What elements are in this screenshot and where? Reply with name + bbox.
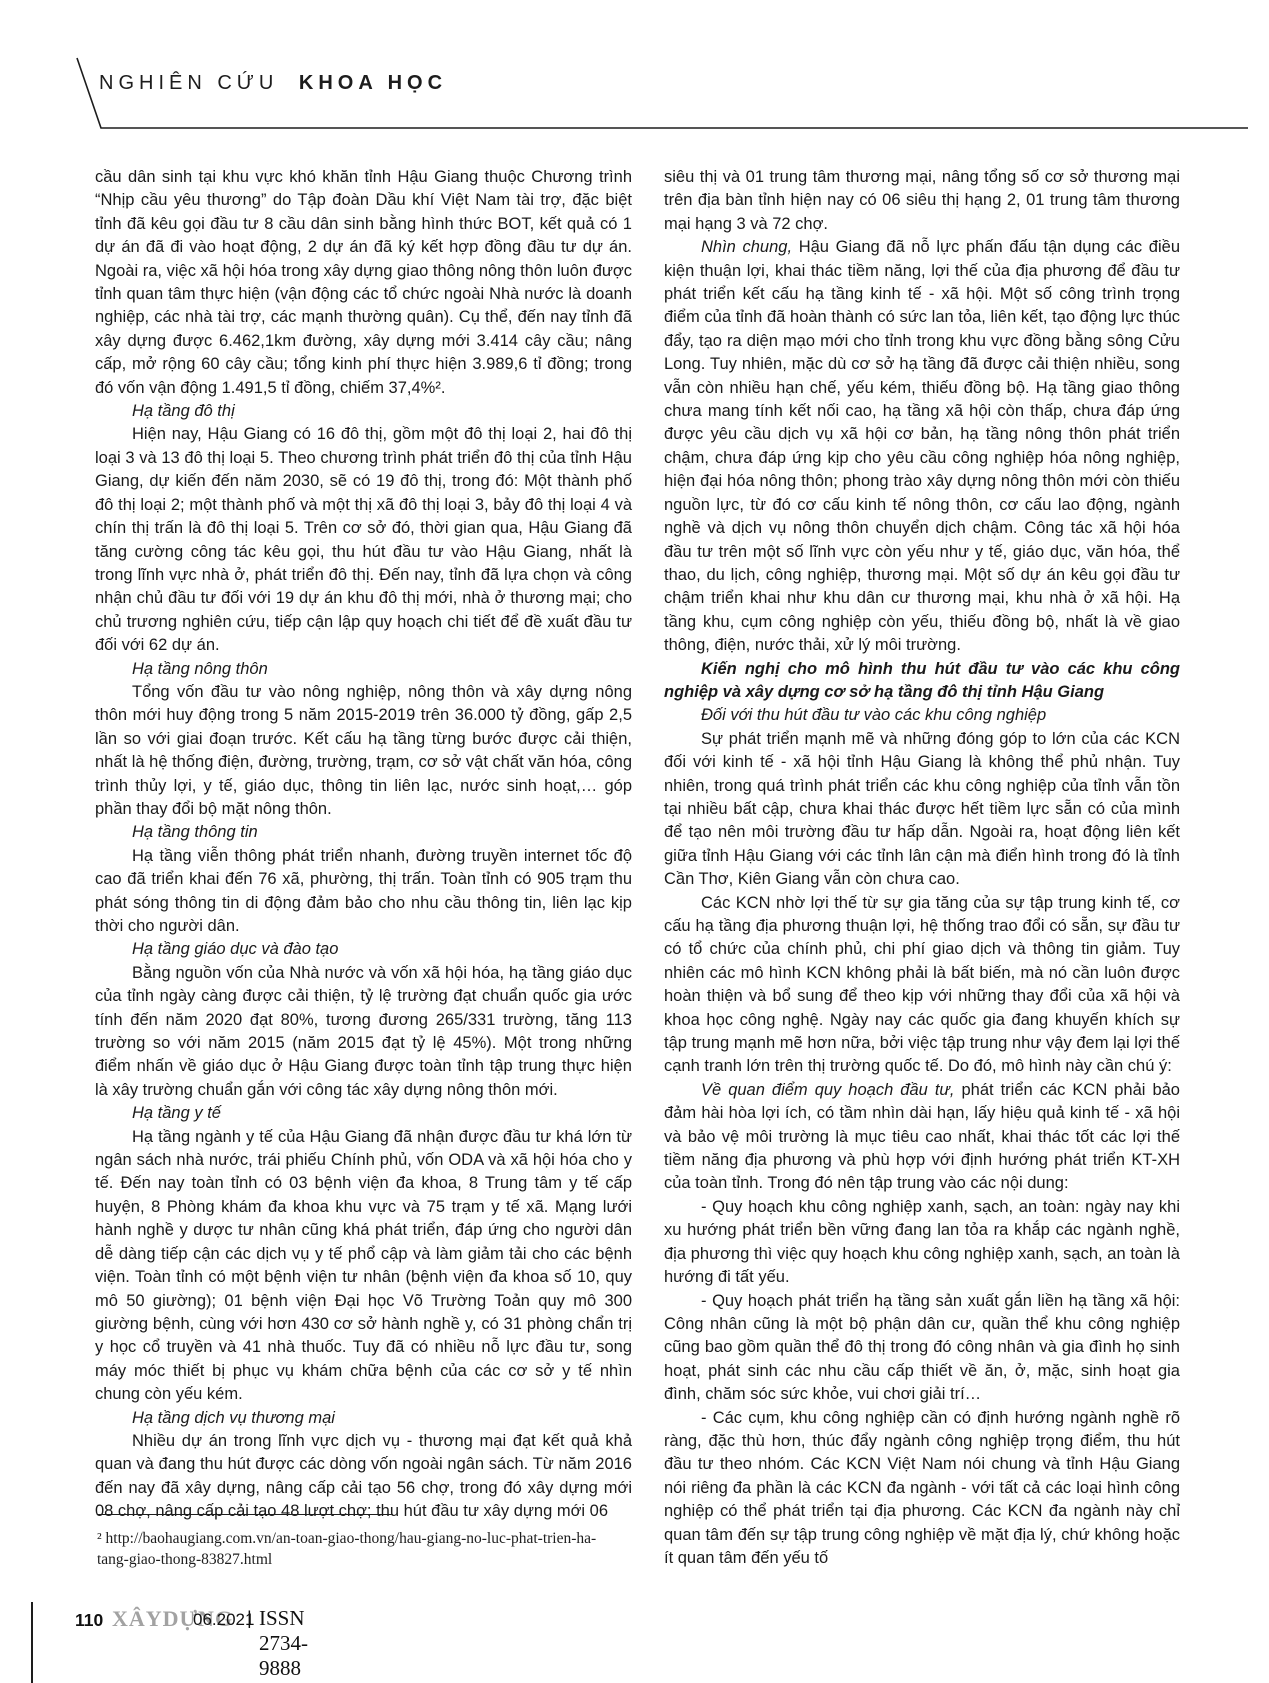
recommendations-heading: Kiến nghị cho mô hình thu hút đầu tư vào…: [664, 658, 1180, 705]
paragraph: Về quan điểm quy hoạch đầu tư, phát triể…: [664, 1079, 1180, 1196]
footer-pipe: |: [247, 1608, 252, 1629]
paragraph: Nhìn chung, Hậu Giang đã nỗ lực phấn đấu…: [664, 236, 1180, 657]
issn-number: ISSN 2734-9888: [259, 1606, 308, 1681]
section-subheading: Hạ tầng thông tin: [95, 821, 632, 844]
paragraph-lead-italic: Nhìn chung,: [701, 238, 799, 256]
paragraph: - Quy hoạch khu công nghiệp xanh, sạch, …: [664, 1196, 1180, 1290]
section-subheading: Hạ tầng nông thôn: [95, 658, 632, 681]
footnote-separator: [97, 1514, 393, 1515]
right-column: siêu thị và 01 trung tâm thương mại, nân…: [664, 166, 1180, 1570]
header-rule: [0, 0, 1269, 140]
paragraph: Sự phát triển mạnh mẽ và những đóng góp …: [664, 728, 1180, 892]
section-subheading: Hạ tầng y tế: [95, 1102, 632, 1125]
paragraph: - Quy hoạch phát triển hạ tầng sản xuất …: [664, 1290, 1180, 1407]
footer-divider-line: [31, 1602, 33, 1683]
section-subheading: Hạ tầng giáo dục và đào tạo: [95, 938, 632, 961]
journal-page: NGHIÊN CỨU KHOA HỌC cầu dân sinh tại khu…: [0, 0, 1269, 1683]
paragraph: siêu thị và 01 trung tâm thương mại, nân…: [664, 166, 1180, 236]
paragraph: Hiện nay, Hậu Giang có 16 đô thị, gồm mộ…: [95, 423, 632, 657]
paragraph: Hạ tầng viễn thông phát triển nhanh, đườ…: [95, 845, 632, 939]
running-head-bold: KHOA HỌC: [299, 72, 447, 94]
paragraph: - Các cụm, khu công nghiệp cần có định h…: [664, 1407, 1180, 1571]
paragraph: Bằng nguồn vốn của Nhà nước và vốn xã hộ…: [95, 962, 632, 1102]
paragraph: Hạ tầng ngành y tế của Hậu Giang đã nhận…: [95, 1126, 632, 1407]
running-head: NGHIÊN CỨU KHOA HỌC: [99, 72, 447, 95]
paragraph: cầu dân sinh tại khu vực khó khăn tỉnh H…: [95, 166, 632, 400]
paragraph: Nhiều dự án trong lĩnh vực dịch vụ - thư…: [95, 1430, 632, 1524]
paragraph: Tổng vốn đầu tư vào nông nghiệp, nông th…: [95, 681, 632, 821]
page-number: 110: [75, 1610, 103, 1631]
section-subheading: Đối với thu hút đầu tư vào các khu công …: [664, 704, 1180, 727]
section-subheading: Hạ tầng dịch vụ thương mại: [95, 1407, 632, 1430]
section-subheading: Hạ tầng đô thị: [95, 400, 632, 423]
footnote: ² http://baohaugiang.com.vn/an-toan-giao…: [97, 1528, 602, 1570]
paragraph-lead-italic: Về quan điểm quy hoạch đầu tư,: [701, 1081, 961, 1099]
running-head-light: NGHIÊN CỨU: [99, 72, 278, 94]
issue-date: 06.2021: [193, 1610, 254, 1630]
paragraph: Các KCN nhờ lợi thế từ sự gia tăng của s…: [664, 892, 1180, 1079]
left-column: cầu dân sinh tại khu vực khó khăn tỉnh H…: [95, 166, 632, 1524]
